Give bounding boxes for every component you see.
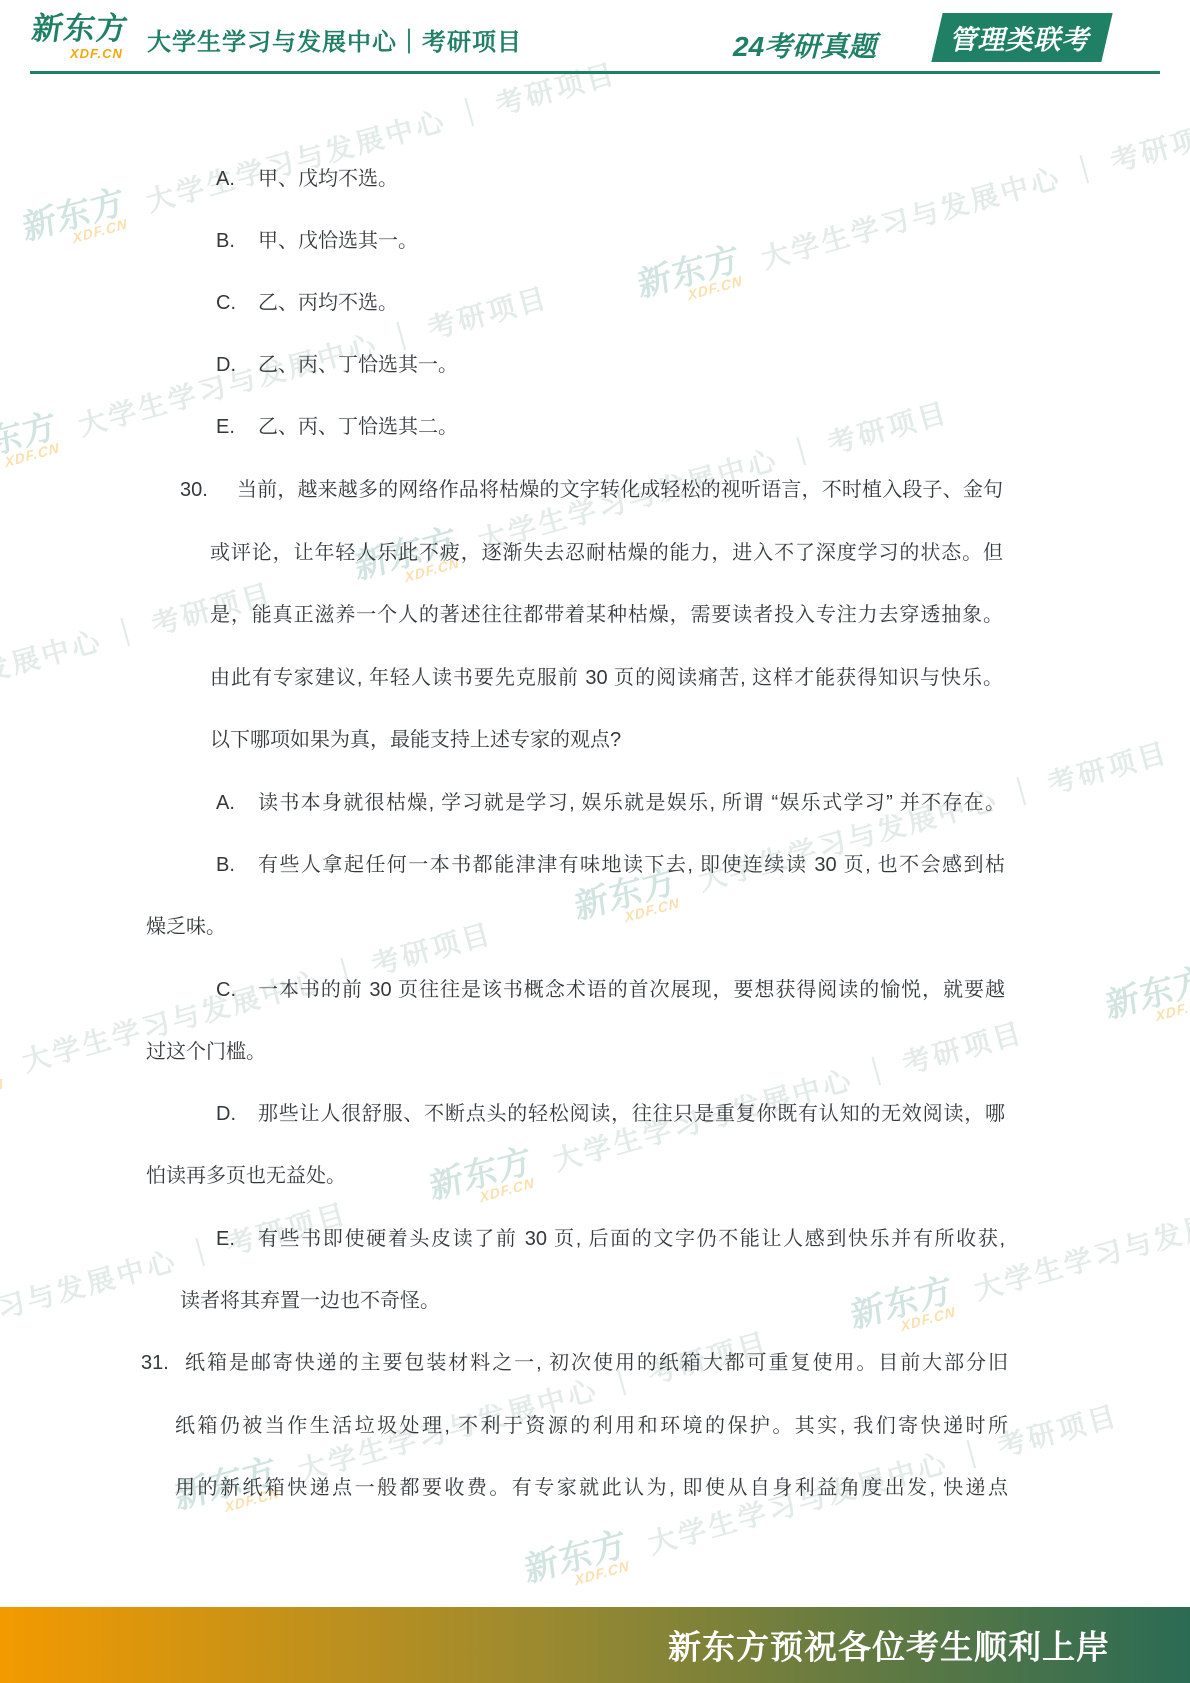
line-label: C. [216, 977, 236, 1003]
text-line: 甲、戊恰选其一。 [258, 228, 418, 254]
text-line: 读书本身就很枯燥, 学习就是学习, 娱乐就是娱乐, 所谓 “娱乐式学习” 并不存… [258, 790, 1005, 816]
text-line: 一本书的前 30 页往往是该书概念术语的首次展现，要想获得阅读的愉悦，就要越 [258, 977, 1005, 1003]
exam-page: 新东方XDF.CN大学生学习与发展中心 ｜ 考研项目新东方XDF.CN大学生学习… [0, 0, 1190, 1683]
text-line: 怕读再多页也无益处。 [146, 1163, 346, 1189]
text-line: 乙、丙、丁恰选其二。 [258, 414, 458, 440]
brand-logo-text: 新东方 [30, 13, 130, 45]
exam-type-badge-label: 管理类联考 [947, 18, 1096, 57]
text-line: 以下哪项如果为真，最能支持上述专家的观点? [210, 727, 621, 753]
text-line: 那些让人很舒服、不断点头的轻松阅读，往往只是重复你既有认知的无效阅读，哪 [258, 1101, 1005, 1127]
text-line: 纸箱仍被当作生活垃圾处理, 不利于资源的利用和环境的保护。其实, 我们寄快递时所 [175, 1413, 1008, 1439]
document-body: A.甲、戊均不选。B.甲、戊恰选其一。C.乙、丙均不选。D.乙、丙、丁恰选其一。… [0, 0, 1190, 1683]
text-line: 用的新纸箱快递点一般都要收费。有专家就此认为, 即使从自身利益角度出发, 快递点 [175, 1475, 1008, 1501]
line-label: A. [216, 790, 235, 816]
text-line: 读者将其弃置一边也不奇怪。 [180, 1288, 440, 1314]
line-label: E. [216, 414, 235, 440]
text-line: 燥乏味。 [146, 914, 226, 940]
brand-logo-domain: XDF.CN [70, 46, 123, 61]
line-label: B. [216, 228, 235, 254]
text-line: 有些书即使硬着头皮读了前 30 页, 后面的文字仍不能让人感到快乐并有所收获, [258, 1226, 1005, 1252]
line-label: 31. [141, 1350, 169, 1376]
footer-slogan: 新东方预祝各位考生顺利上岸 [668, 1622, 1110, 1669]
footer-bar: 新东方预祝各位考生顺利上岸 [0, 1607, 1190, 1683]
line-label: C. [216, 290, 236, 316]
text-line: 乙、丙、丁恰选其一。 [258, 352, 458, 378]
header-divider [30, 71, 1160, 74]
exam-year-tag: 24考研真题 [733, 25, 876, 65]
header: 新东方 XDF.CN 大学生学习与发展中心｜考研项目 24考研真题 管理类联考 [0, 0, 1190, 75]
header-title: 大学生学习与发展中心｜考研项目 [147, 22, 522, 57]
text-line: 乙、丙均不选。 [258, 290, 398, 316]
text-line: 或评论，让年轻人乐此不疲，逐渐失去忍耐枯燥的能力，进入不了深度学习的状态。但 [210, 540, 1003, 566]
line-label: 30. [180, 477, 208, 503]
line-label: B. [216, 852, 235, 878]
text-line: 由此有专家建议, 年轻人读书要先克服前 30 页的阅读痛苦, 这样才能获得知识与… [210, 665, 1003, 691]
line-label: E. [216, 1226, 235, 1252]
text-line: 是，能真正滋养一个人的著述往往都带着某种枯燥，需要读者投入专注力去穿透抽象。 [210, 602, 1003, 628]
brand-logo: 新东方 XDF.CN [32, 13, 142, 65]
line-label: D. [216, 1101, 236, 1127]
line-label: A. [216, 166, 235, 192]
line-label: D. [216, 352, 236, 378]
text-line: 纸箱是邮寄快递的主要包装材料之一, 初次使用的纸箱大都可重复使用。目前大部分旧 [185, 1350, 1008, 1376]
text-line: 有些人拿起任何一本书都能津津有味地读下去, 即使连续读 30 页, 也不会感到枯 [258, 852, 1005, 878]
text-line: 甲、戊均不选。 [258, 166, 398, 192]
text-line: 过这个门槛。 [146, 1039, 266, 1065]
text-line: 当前，越来越多的网络作品将枯燥的文字转化成轻松的视听语言，不时植入段子、金句 [237, 477, 1003, 503]
exam-type-badge: 管理类联考 [931, 13, 1112, 62]
